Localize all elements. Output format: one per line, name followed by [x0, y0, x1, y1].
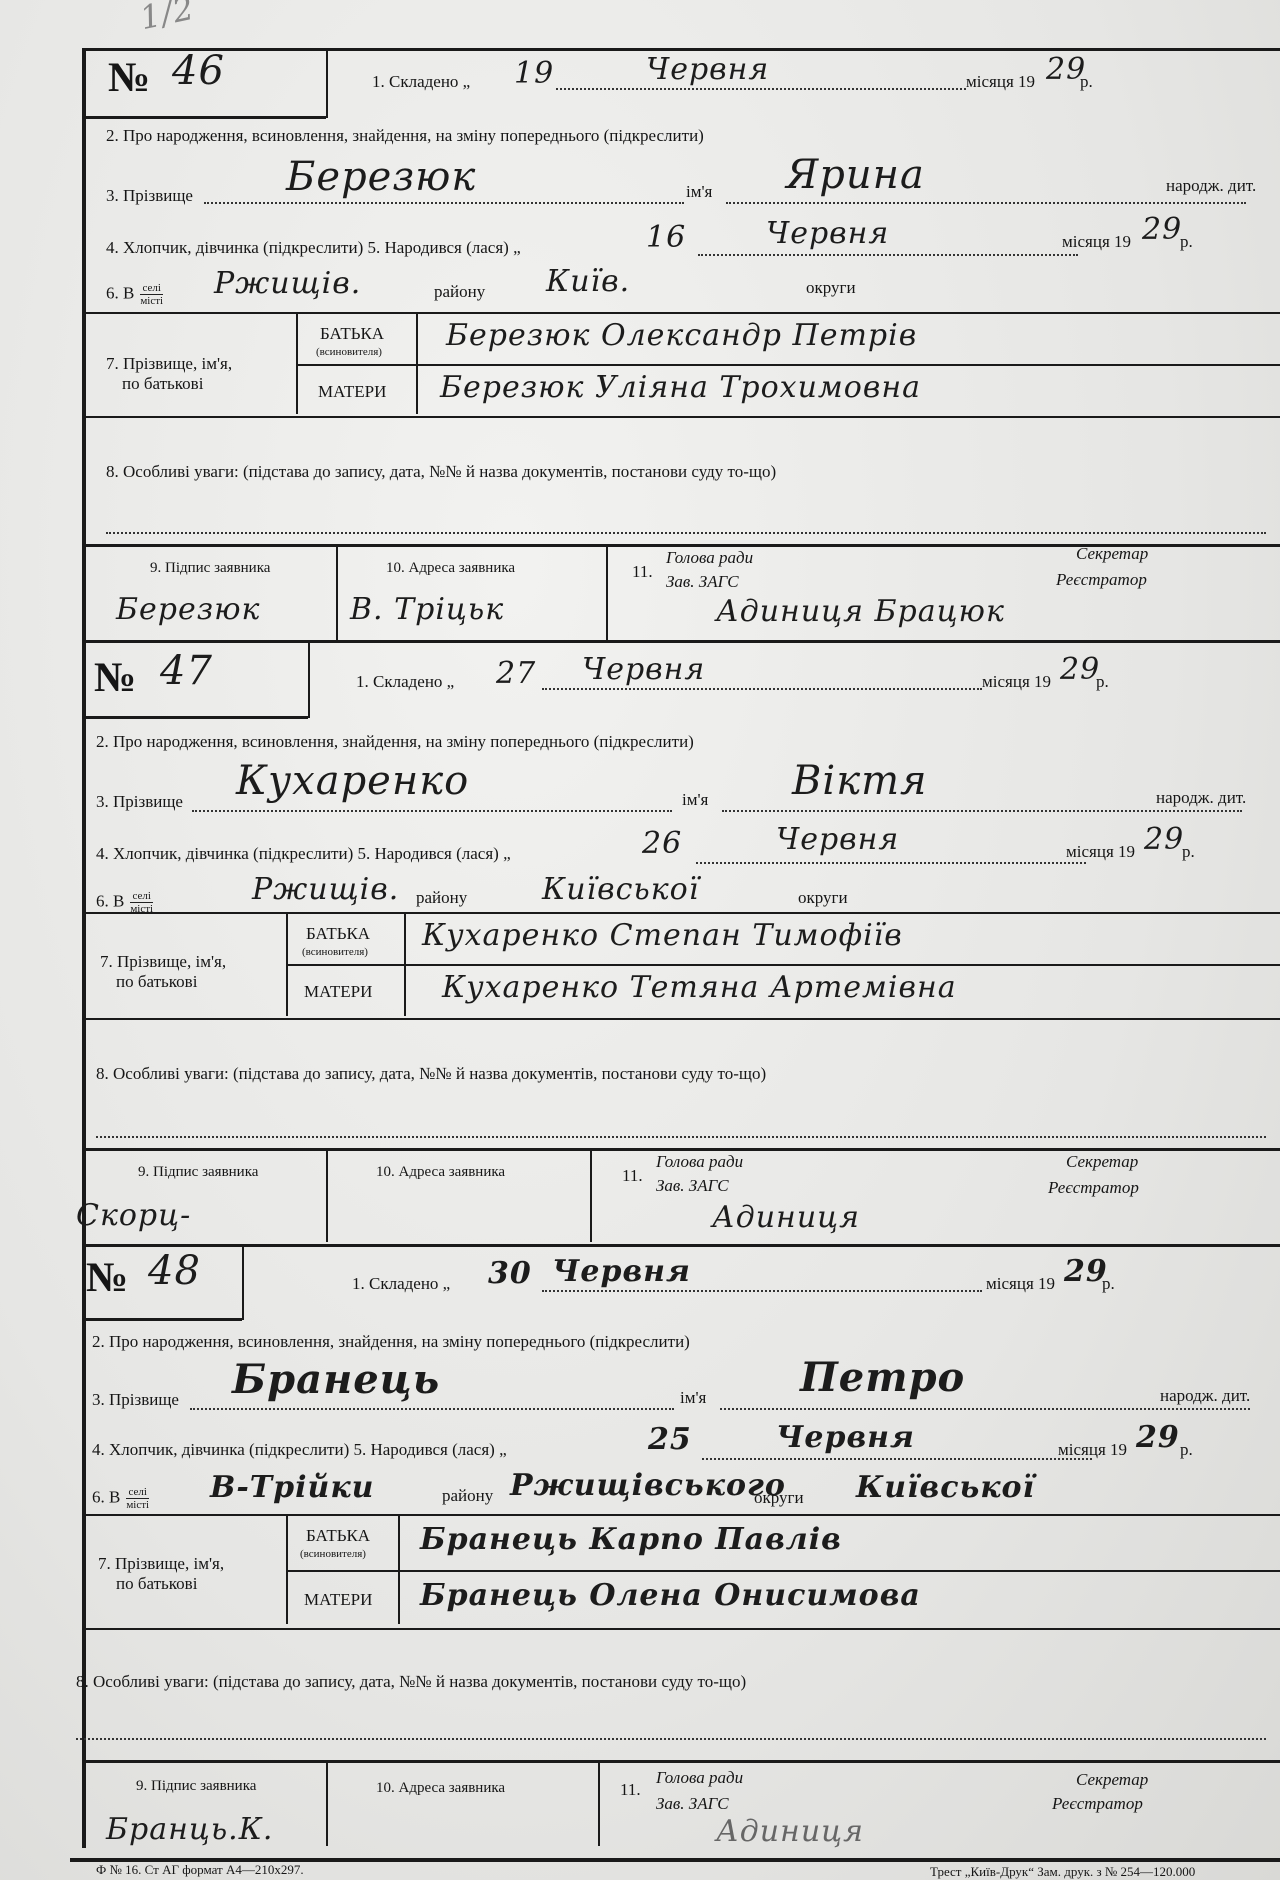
head-label: Голова ради	[666, 548, 753, 568]
district-label: району	[434, 282, 485, 302]
name-label: ім'я	[682, 790, 708, 810]
divider	[86, 1514, 1280, 1516]
place-value: Ржищів.	[214, 266, 361, 301]
divider	[86, 1318, 242, 1321]
fill-line	[702, 1458, 1092, 1460]
secretary-label: Секретар	[1066, 1152, 1138, 1172]
district-label: району	[442, 1486, 493, 1506]
father-sub-label: (всиновителя)	[316, 346, 382, 358]
place-label: 6. Вселімісті	[92, 1486, 149, 1511]
registrar-label: Реєстратор	[1056, 570, 1147, 590]
record-number: 47	[160, 648, 213, 694]
place-value: В-Трійки	[210, 1470, 374, 1505]
footer-right: Трест „Київ-Друк“ Зам. друк. з № 254—120…	[930, 1864, 1195, 1880]
num11-label: 11.	[620, 1780, 641, 1800]
num11-label: 11.	[632, 562, 653, 582]
fill-line	[696, 862, 1086, 864]
mother-label: МАТЕРИ	[304, 1590, 372, 1610]
divider	[308, 640, 310, 718]
mother-name: Кухаренко Тетяна Артемівна	[442, 970, 957, 1005]
about-label: 2. Про народження, всиновлення, знайденн…	[106, 126, 704, 146]
birth-day: 26	[642, 826, 682, 861]
remarks-label: 8. Особливі уваги: (підстава до запису, …	[96, 1064, 766, 1084]
compiled-day: 30	[488, 1256, 532, 1291]
gender-label: 4. Хлопчик, дівчинка (підкреслити) 5. На…	[96, 844, 511, 864]
month-label: місяця 19	[982, 672, 1051, 692]
remarks-label: 8. Особливі уваги: (підстава до запису, …	[76, 1672, 746, 1692]
divider	[86, 48, 1280, 51]
parents-label: 7. Прізвище, ім'я,	[106, 354, 232, 374]
parents-label: 7. Прізвище, ім'я,	[98, 1554, 224, 1574]
year-suffix: р.	[1180, 232, 1193, 252]
fill-line	[190, 1408, 674, 1410]
compiled-label: 1. Складено „	[372, 72, 470, 92]
divider	[86, 716, 308, 719]
divider	[598, 1762, 600, 1846]
head-label: Голова ради	[656, 1152, 743, 1172]
record-48: № 48 1. Складено „ 30 Червня місяця 19 2…	[86, 1244, 1280, 1844]
compiled-month: Червня	[552, 1254, 691, 1289]
father-label: БАТЬКА	[320, 324, 384, 344]
district-value: Київ.	[546, 264, 630, 299]
surname-value: Бранець	[232, 1356, 440, 1403]
okrug-label: округи	[806, 278, 856, 298]
compiled-month: Червня	[582, 652, 705, 687]
divider	[296, 364, 1280, 366]
mother-label: МАТЕРИ	[318, 382, 386, 402]
child-label: народж. дит.	[1156, 788, 1246, 808]
compiled-year: 29	[1060, 652, 1100, 687]
child-label: народж. дит.	[1160, 1386, 1250, 1406]
applicant-address: В. Тріцьк	[350, 592, 504, 627]
secretary-label: Секретар	[1076, 544, 1148, 564]
birth-year: 29	[1144, 822, 1184, 857]
address-label: 10. Адреса заявника	[376, 1780, 505, 1797]
number-label: №	[94, 654, 136, 702]
official-signature: Адиниця	[712, 1200, 860, 1235]
father-name: Кухаренко Степан Тимофіїв	[422, 918, 903, 953]
record-number: 46	[172, 48, 225, 94]
surname-value: Кухаренко	[236, 758, 469, 804]
father-label: БАТЬКА	[306, 924, 370, 944]
name-label: ім'я	[680, 1388, 706, 1408]
mother-label: МАТЕРИ	[304, 982, 372, 1002]
surname-label: 3. Прізвище	[106, 186, 193, 206]
month-label: місяця 19	[966, 72, 1035, 92]
remarks-label: 8. Особливі уваги: (підстава до запису, …	[106, 462, 776, 482]
number-label: №	[108, 54, 150, 102]
month-label: місяця 19	[1058, 1440, 1127, 1460]
fill-line	[720, 1408, 1250, 1410]
divider	[336, 546, 338, 642]
divider	[86, 912, 1280, 914]
divider	[286, 964, 1280, 966]
name-label: ім'я	[686, 182, 712, 202]
birth-month: Червня	[776, 1420, 915, 1455]
year-suffix: р.	[1096, 672, 1109, 692]
fill-line	[542, 688, 982, 690]
district-label: району	[416, 888, 467, 908]
parents-label-2: по батькові	[116, 972, 197, 992]
divider	[606, 546, 608, 642]
okrug-value: Київської	[856, 1470, 1035, 1505]
divider	[86, 312, 1280, 314]
divider	[590, 1150, 592, 1242]
registrar-label: Реєстратор	[1052, 1794, 1143, 1814]
record-number: 48	[148, 1248, 201, 1294]
zags-label: Зав. ЗАГС	[666, 572, 739, 592]
fill-line	[556, 88, 966, 90]
surname-label: 3. Прізвище	[92, 1390, 179, 1410]
page-marker: 1/2	[137, 0, 198, 37]
number-label: №	[86, 1254, 128, 1302]
place-value: Ржищів.	[252, 872, 399, 907]
compiled-month: Червня	[646, 52, 769, 87]
compiled-label: 1. Складено „	[352, 1274, 450, 1294]
year-suffix: р.	[1182, 842, 1195, 862]
surname-label: 3. Прізвище	[96, 792, 183, 812]
birth-month: Червня	[776, 822, 899, 857]
father-name: Березюк Олександр Петрів	[446, 318, 917, 353]
birth-day: 25	[648, 1422, 692, 1457]
address-label: 10. Адреса заявника	[376, 1164, 505, 1181]
fill-line	[722, 810, 1242, 812]
name-value: Петро	[800, 1354, 965, 1401]
registrar-label: Реєстратор	[1048, 1178, 1139, 1198]
year-suffix: р.	[1080, 72, 1093, 92]
head-label: Голова ради	[656, 1768, 743, 1788]
divider	[86, 416, 1280, 418]
divider	[326, 1150, 328, 1242]
record-47: № 47 1. Складено „ 27 Червня місяця 19 2…	[86, 640, 1280, 1240]
footer-left: Ф № 16. Ст АГ формат А4—210х297.	[96, 1862, 304, 1878]
secretary-label: Секретар	[1076, 1770, 1148, 1790]
about-label: 2. Про народження, всиновлення, знайденн…	[92, 1332, 690, 1352]
birth-year: 29	[1136, 1420, 1180, 1455]
divider	[86, 1018, 1280, 1020]
compiled-day: 27	[496, 656, 536, 691]
zags-label: Зав. ЗАГС	[656, 1794, 729, 1814]
parents-label-2: по батькові	[122, 374, 203, 394]
birth-year: 29	[1142, 212, 1182, 247]
applicant-signature: Скорц-	[76, 1198, 191, 1233]
record-46: № 46 1. Складено „ 19 Червня місяця 19 2…	[86, 48, 1280, 638]
address-label: 10. Адреса заявника	[386, 560, 515, 577]
divider	[86, 1244, 1280, 1247]
year-suffix: р.	[1102, 1274, 1115, 1294]
district-value: Ржищівського	[510, 1468, 786, 1503]
month-label: місяця 19	[1066, 842, 1135, 862]
name-value: Ярина	[786, 152, 925, 198]
fill-line	[698, 254, 1078, 256]
fill-line	[76, 1738, 1266, 1740]
gender-label: 4. Хлопчик, дівчинка (підкреслити) 5. На…	[106, 238, 521, 258]
divider	[86, 1628, 1280, 1630]
divider	[326, 1762, 328, 1846]
name-value: Віктя	[792, 758, 928, 804]
father-sub-label: (всиновителя)	[300, 1548, 366, 1560]
document-page: 1/2 № 46 1. Складено „ 19 Червня місяця …	[0, 0, 1280, 1880]
surname-value: Березюк	[286, 154, 476, 200]
birth-month: Червня	[766, 216, 889, 251]
fill-line	[204, 202, 684, 204]
father-sub-label: (всиновителя)	[302, 946, 368, 958]
sign-label: 9. Підпис заявника	[138, 1164, 258, 1181]
divider	[326, 48, 328, 118]
parents-label: 7. Прізвище, ім'я,	[100, 952, 226, 972]
mother-name: Бранець Олена Онисимова	[420, 1578, 921, 1613]
applicant-signature: Бранць.К.	[106, 1812, 273, 1847]
divider	[86, 1148, 1280, 1151]
official-signature: Адиниця	[716, 1814, 864, 1849]
birth-day: 16	[646, 220, 686, 255]
divider	[86, 1760, 1280, 1763]
fill-line	[96, 1136, 1266, 1138]
sign-label: 9. Підпис заявника	[136, 1778, 256, 1795]
divider	[286, 1570, 1280, 1572]
month-label: місяця 19	[986, 1274, 1055, 1294]
year-suffix: р.	[1180, 1440, 1193, 1460]
father-label: БАТЬКА	[306, 1526, 370, 1546]
gender-label: 4. Хлопчик, дівчинка (підкреслити) 5. На…	[92, 1440, 507, 1460]
month-label: місяця 19	[1062, 232, 1131, 252]
okrug-label: округи	[754, 1488, 804, 1508]
father-name: Бранець Карпо Павлів	[420, 1522, 842, 1557]
compiled-label: 1. Складено „	[356, 672, 454, 692]
okrug-label: округи	[798, 888, 848, 908]
divider	[86, 640, 1280, 643]
fill-line	[106, 532, 1266, 534]
fill-line	[192, 810, 672, 812]
mother-name: Березюк Уліяна Трохимовна	[440, 370, 921, 405]
divider	[242, 1244, 244, 1320]
compiled-day: 19	[514, 56, 554, 91]
zags-label: Зав. ЗАГС	[656, 1176, 729, 1196]
fill-line	[542, 1290, 982, 1292]
district-value: Київської	[542, 872, 699, 907]
fill-line	[726, 202, 1246, 204]
child-label: народж. дит.	[1166, 176, 1256, 196]
about-label: 2. Про народження, всиновлення, знайденн…	[96, 732, 694, 752]
divider	[86, 116, 326, 119]
sign-label: 9. Підпис заявника	[150, 560, 270, 577]
applicant-signature: Березюк	[116, 592, 260, 627]
parents-label-2: по батькові	[116, 1574, 197, 1594]
num11-label: 11.	[622, 1166, 643, 1186]
official-signature: Адиниця Брацюк	[716, 594, 1005, 629]
place-label: 6. Вселімісті	[106, 282, 163, 307]
